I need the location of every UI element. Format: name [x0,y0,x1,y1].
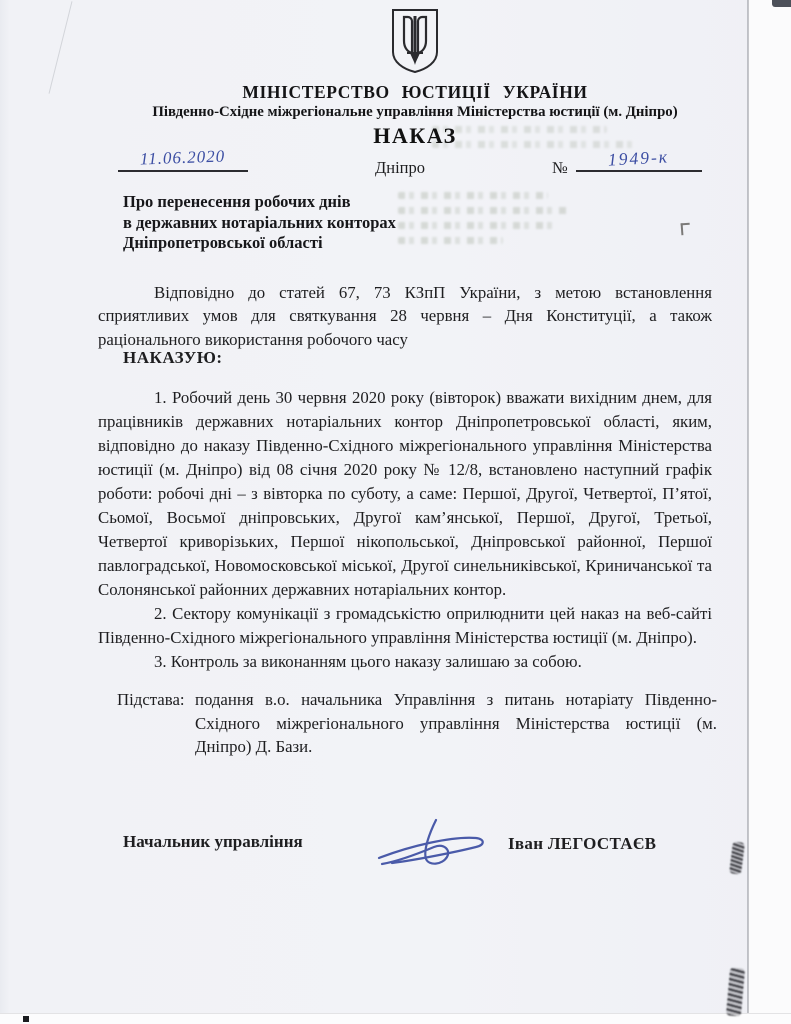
number-field: 1949-к [576,148,702,172]
order-item-1: 1. Робочий день 30 червня 2020 року (вів… [98,386,712,602]
handwritten-signature [372,816,492,877]
scanned-order-document: МІНІСТЕРСТВО ЮСТИЦІЇ УКРАЇНИ Південно-Сх… [0,0,791,1024]
basis-text: подання в.о. начальника Управління з пит… [195,688,717,759]
department-subtitle: Південно-Східне міжрегіональне управлінн… [40,104,790,121]
meta-row: 11.06.2020 Дніпро № 1949-к [0,148,791,190]
scan-bottom-strip [0,1013,791,1024]
subject-block: Про перенесення робочих днів в державних… [123,192,543,254]
order-item-2: 2. Сектору комунікації з громадськістю о… [98,602,712,650]
order-item-3: 3. Контроль за виконанням цього наказу з… [98,650,712,674]
basis-block: Підстава: подання в.о. начальника Управл… [117,688,717,759]
signer-position: Начальник управління [123,832,303,852]
city-label: Дніпро [330,158,470,178]
date-field: 11.06.2020 [118,148,248,172]
handwritten-number: 1949-к [608,146,670,171]
document-type-title: НАКАЗ [40,123,790,149]
subject-line: в державних нотаріальних конторах [123,213,543,234]
scan-corner-artifact [772,0,791,7]
scan-dot-artifact [23,1016,29,1022]
subject-line: Про перенесення робочих днів [123,192,543,213]
stray-pen-mark [681,223,691,236]
edge-smudge-artifact [726,967,745,1016]
ukraine-trident-emblem-icon [390,8,440,79]
subject-line: Дніпропетровської області [123,233,543,254]
basis-label: Підстава: [117,688,189,759]
handwritten-date: 11.06.2020 [140,147,226,172]
document-header: МІНІСТЕРСТВО ЮСТИЦІЇ УКРАЇНИ Південно-Сх… [40,8,790,149]
preamble-paragraph: Відповідно до статей 67, 73 КЗпП України… [98,281,712,352]
signature-row: Начальник управління Іван ЛЕГОСТАЄВ [0,816,791,876]
order-items: 1. Робочий день 30 червня 2020 року (вів… [98,386,712,674]
ministry-title: МІНІСТЕРСТВО ЮСТИЦІЇ УКРАЇНИ [40,82,790,103]
signer-name: Іван ЛЕГОСТАЄВ [508,834,656,854]
order-word: НАКАЗУЮ: [123,348,223,368]
number-sign: № [552,158,568,178]
